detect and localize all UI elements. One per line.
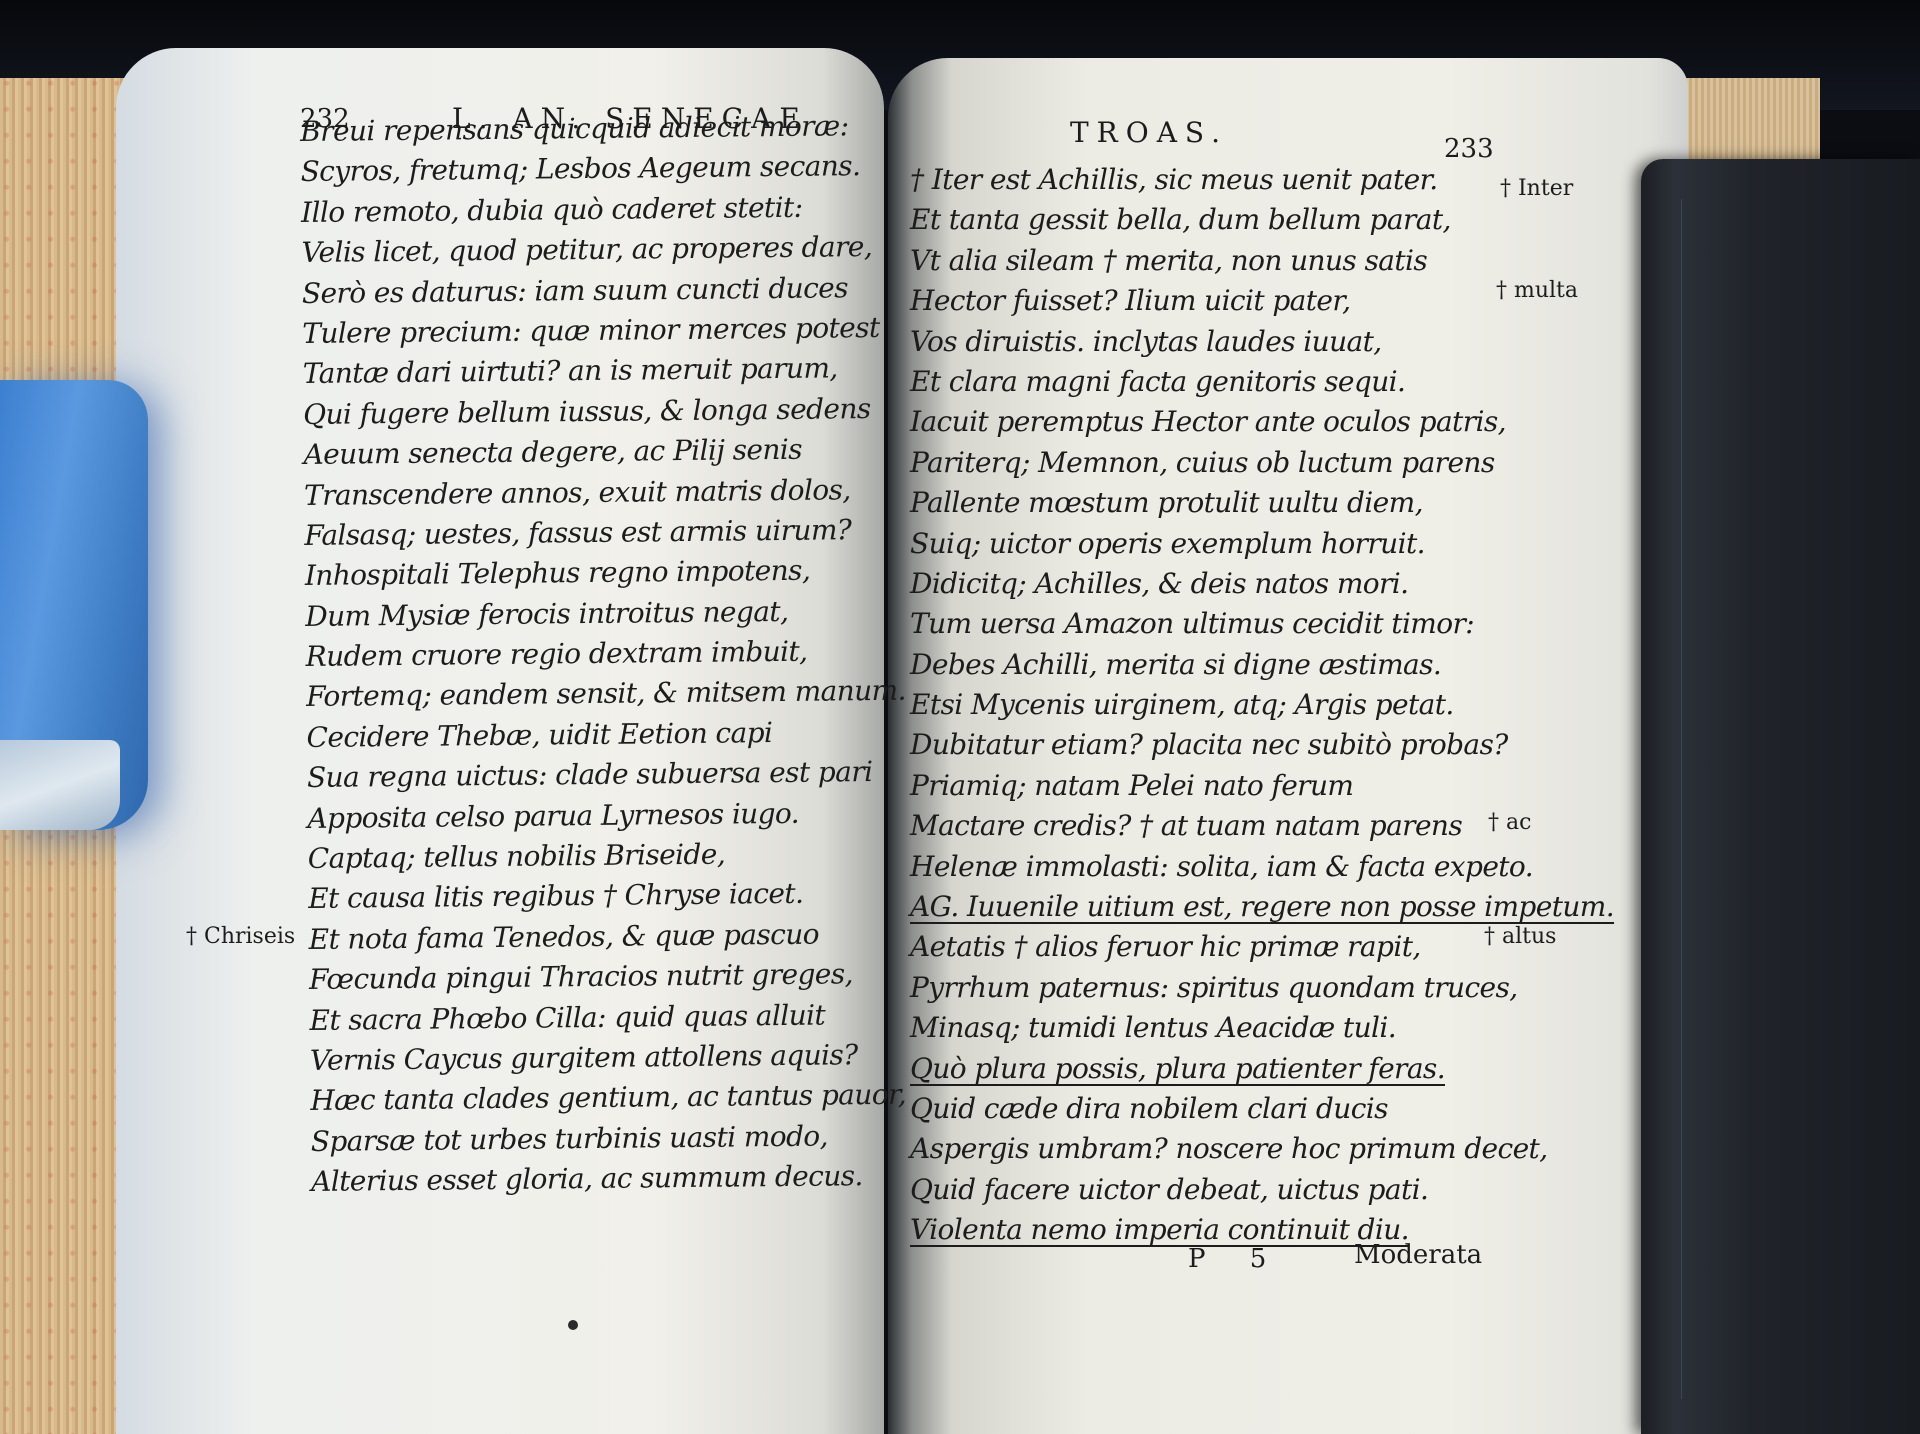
right-running-head: TROAS. — [1070, 116, 1228, 149]
text-line: Tum uersa Amazon ultimus cecidit timor: — [910, 604, 1614, 644]
text-line: Vt alia sileam † merita, non unus satis — [910, 241, 1614, 281]
text-line: Dum Mysiæ ferocis introitus negat, — [305, 590, 905, 637]
text-line: Pyrrhum paternus: spiritus quondam truce… — [910, 968, 1614, 1008]
text-line: Iacuit peremptus Hector ante oculos patr… — [910, 402, 1614, 442]
text-line: Et nota fama Tenedos, & quæ pascuo — [308, 913, 908, 960]
text-line: Quid facere uictor debeat, uictus pati. — [910, 1170, 1614, 1210]
text-line: Vos diruistis. inclytas laudes iuuat, — [910, 322, 1614, 362]
text-line: Et sacra Phœbo Cilla: quid quas alluit — [309, 994, 909, 1041]
text-line: Breui repensans quicquid adiecit moræ: — [300, 106, 900, 153]
right-page-text: † Iter est Achillis, sic meus uenit pate… — [910, 160, 1614, 1251]
text-line: Tantæ dari uirtuti? an is meruit parum, — [303, 348, 903, 395]
dark-book-cover — [1641, 159, 1920, 1434]
text-line: Vernis Caycus gurgitem attollens aquis? — [310, 1035, 910, 1082]
text-line: Qui fugere bellum iussus, & longa sedens — [303, 388, 903, 435]
text-line: Helenæ immolasti: solita, iam & facta ex… — [910, 847, 1614, 887]
text-line: Fortemq; eandem sensit, & mitsem manum. — [306, 671, 906, 718]
signature-mark: P 5 — [1188, 1244, 1284, 1274]
left-margin-note: † Chriseis — [186, 924, 295, 949]
right-margin-note: † altus — [1484, 924, 1556, 949]
text-line: Quid cæde dira nobilem clari ducis — [910, 1089, 1614, 1129]
text-line: Dubitatur etiam? placita nec subitò prob… — [910, 725, 1614, 765]
left-page-text: Breui repensans quicquid adiecit moræ: S… — [300, 106, 911, 1203]
text-line: Tulere precium: quæ minor merces potest — [302, 308, 902, 355]
text-line: Illo remoto, dubia quò caderet stetit: — [301, 186, 901, 233]
underlined-text-line: Quò plura possis, plura patienter feras. — [910, 1049, 1614, 1089]
text-line: Etsi Mycenis uirginem, atq; Argis petat. — [910, 685, 1614, 725]
text-line: Scyros, fretumq; Lesbos Aegeum secans. — [300, 146, 900, 193]
text-line: Sparsæ tot urbes turbinis uasti modo, — [311, 1115, 911, 1162]
underlined-text-line: AG. Iuuenile uitium est, regere non poss… — [910, 887, 1614, 927]
text-line: Et causa litis regibus † Chryse iacet. — [308, 873, 908, 920]
text-line: Falsasq; uestes, fassus est armis uirum? — [304, 510, 904, 557]
text-line: Captaq; tellus nobilis Briseide, — [308, 833, 908, 880]
text-line: Sua regna uictus: clade subuersa est par… — [307, 752, 907, 799]
right-margin-note: † ac — [1488, 810, 1531, 835]
text-line: Aspergis umbram? noscere hoc primum dece… — [910, 1129, 1614, 1169]
text-line: Debes Achilli, merita si digne æstimas. — [910, 645, 1614, 685]
text-line: Velis licet, quod petitur, ac properes d… — [301, 227, 901, 274]
catchword: Moderata — [1354, 1240, 1482, 1270]
text-line: Serò es daturus: iam suum cuncti duces — [302, 267, 902, 314]
text-line: Pallente mœstum protulit uultu diem, — [910, 483, 1614, 523]
text-line: Et tanta gessit bella, dum bellum parat, — [910, 200, 1614, 240]
text-line: Et clara magni facta genitoris sequi. — [910, 362, 1614, 402]
text-line: Suiq; uictor operis exemplum horruit. — [910, 524, 1614, 564]
page-dot — [568, 1320, 578, 1330]
blue-bookmark — [0, 380, 148, 830]
text-line: Didicitq; Achilles, & deis natos mori. — [910, 564, 1614, 604]
text-line: Rudem cruore regio dextram imbuit, — [305, 631, 905, 678]
right-margin-note: † Inter — [1500, 176, 1573, 201]
text-line: Transcendere annos, exuit matris dolos, — [304, 469, 904, 516]
text-line: Cecidere Thebæ, uidit Eetion capi — [306, 712, 906, 759]
text-line: Hæc tanta clades gentium, ac tantus pauo… — [310, 1075, 910, 1122]
right-margin-note: † multa — [1496, 278, 1578, 303]
text-line: Inhospitali Telephus regno impotens, — [305, 550, 905, 597]
text-line: Alterius esset gloria, ac summum decus. — [311, 1156, 911, 1203]
text-line: Minasq; tumidi lentus Aeacidæ tuli. — [910, 1008, 1614, 1048]
text-line: Fœcunda pingui Thracios nutrit greges, — [309, 954, 909, 1001]
text-line: Aeuum senecta degere, ac Pilij senis — [303, 429, 903, 476]
text-line: Pariterq; Memnon, cuius ob luctum parens — [910, 443, 1614, 483]
text-line: Apposita celso parua Lyrnesos iugo. — [307, 792, 907, 839]
text-line: Priamiq; natam Pelei nato ferum — [910, 766, 1614, 806]
